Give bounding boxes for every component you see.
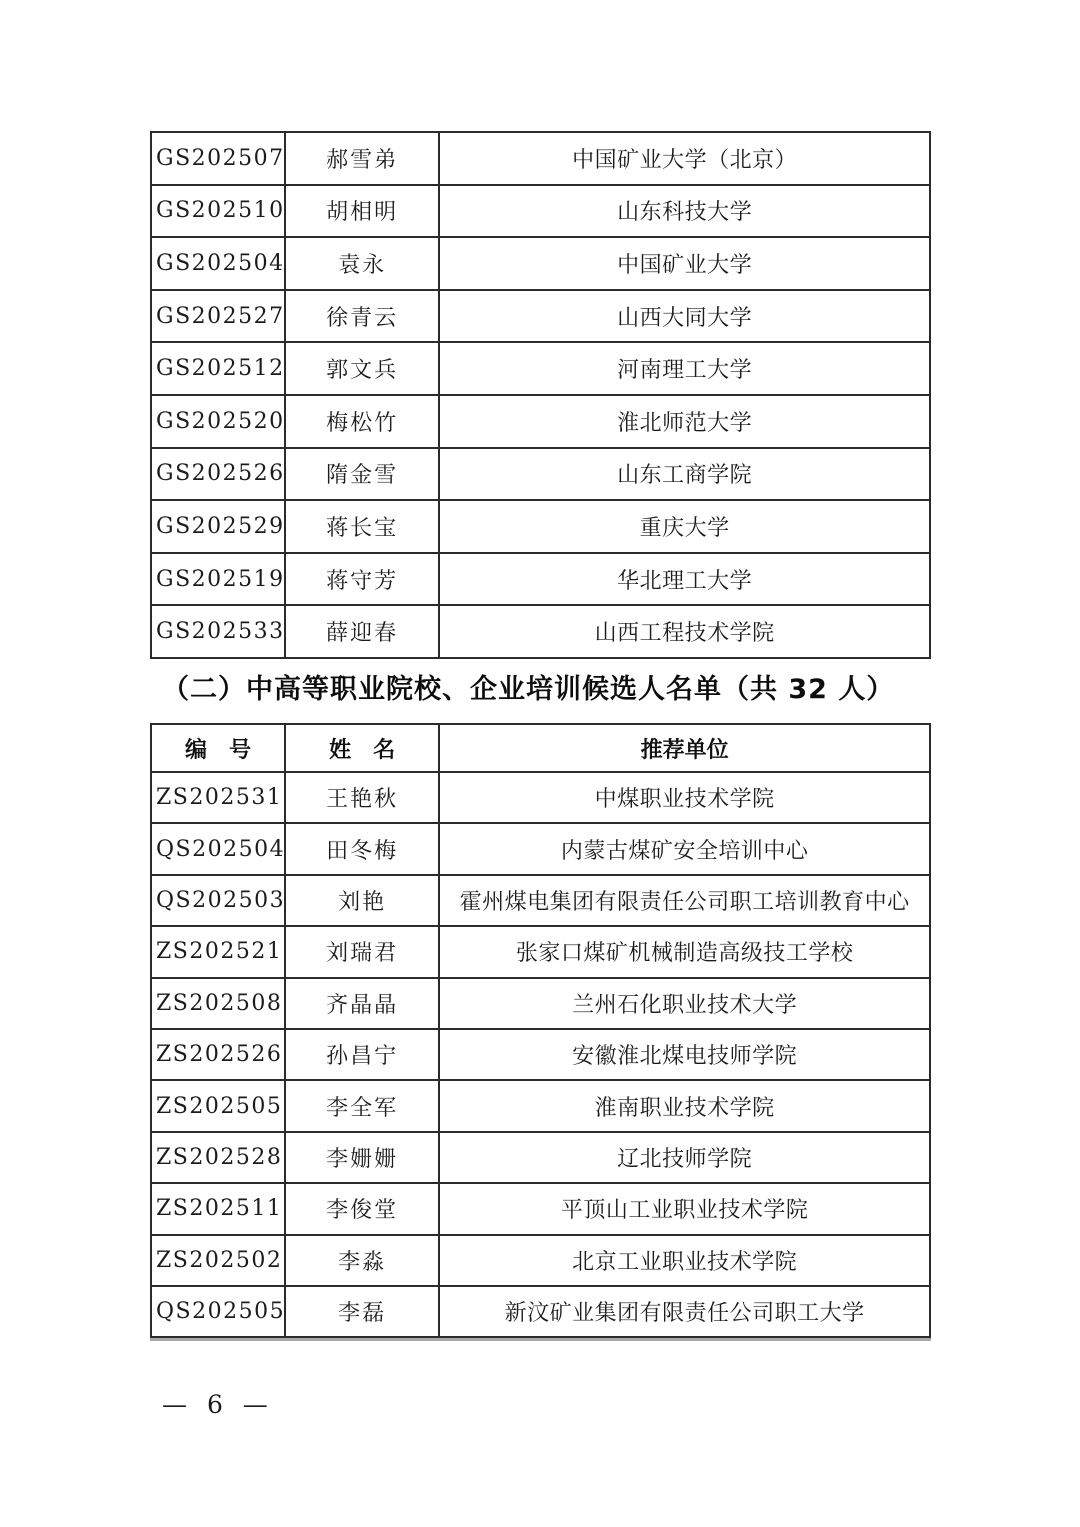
table-row: ZS202531王艳秋中煤职业技术学院 [151, 772, 930, 823]
table-row: GS202533薛迎春山西工程技术学院 [151, 605, 930, 658]
cell-name: 隋金雪 [285, 448, 439, 501]
cell-org: 山东工商学院 [439, 448, 930, 501]
table-row: ZS202508齐晶晶兰州石化职业技术大学 [151, 978, 930, 1029]
cell-name: 袁永 [285, 237, 439, 290]
cell-name: 李磊 [285, 1286, 439, 1337]
header-id: 编 号 [151, 724, 285, 772]
table-row: GS202512郭文兵河南理工大学 [151, 342, 930, 395]
cell-name: 蒋守芳 [285, 553, 439, 606]
cell-org: 张家口煤矿机械制造高级技工学校 [439, 926, 930, 977]
cell-id: ZS202521 [151, 926, 285, 977]
cell-org: 淮北师范大学 [439, 395, 930, 448]
cell-org: 新汶矿业集团有限责任公司职工大学 [439, 1286, 930, 1337]
cell-org: 兰州石化职业技术大学 [439, 978, 930, 1029]
cell-id: GS202519 [151, 553, 285, 606]
table-row: GS202520梅松竹淮北师范大学 [151, 395, 930, 448]
cell-name: 齐晶晶 [285, 978, 439, 1029]
cell-name: 李姗姗 [285, 1132, 439, 1183]
cell-id: ZS202511 [151, 1183, 285, 1234]
table-row: ZS202528李姗姗辽北技师学院 [151, 1132, 930, 1183]
cell-name: 王艳秋 [285, 772, 439, 823]
table-row: ZS202505李全军淮南职业技术学院 [151, 1080, 930, 1131]
cell-id: GS202526 [151, 448, 285, 501]
cell-name: 郝雪弟 [285, 132, 439, 185]
page-number: — 6 — [162, 1390, 274, 1419]
cell-name: 刘瑞君 [285, 926, 439, 977]
cell-id: ZS202502 [151, 1235, 285, 1286]
cell-org: 安徽淮北煤电技师学院 [439, 1029, 930, 1080]
cell-name: 刘艳 [285, 875, 439, 926]
university-candidates-table: GS202507郝雪弟中国矿业大学（北京）GS202510胡相明山东科技大学GS… [150, 131, 931, 659]
cell-id: QS202503 [151, 875, 285, 926]
cell-name: 梅松竹 [285, 395, 439, 448]
cell-id: ZS202508 [151, 978, 285, 1029]
cell-org: 山东科技大学 [439, 185, 930, 238]
header-org: 推荐单位 [439, 724, 930, 772]
cell-id: GS202507 [151, 132, 285, 185]
cell-id: GS202510 [151, 185, 285, 238]
cell-id: ZS202528 [151, 1132, 285, 1183]
section-heading: （二）中高等职业院校、企业培训候选人名单（共 32 人） [162, 670, 942, 710]
cell-org: 内蒙古煤矿安全培训中心 [439, 823, 930, 874]
cell-id: GS202512 [151, 342, 285, 395]
table-row: GS202519蒋守芳华北理工大学 [151, 553, 930, 606]
cell-org: 中煤职业技术学院 [439, 772, 930, 823]
cell-org: 淮南职业技术学院 [439, 1080, 930, 1131]
cell-org: 中国矿业大学（北京） [439, 132, 930, 185]
cell-name: 李淼 [285, 1235, 439, 1286]
cell-org: 山西工程技术学院 [439, 605, 930, 658]
cell-org: 中国矿业大学 [439, 237, 930, 290]
cell-id: GS202529 [151, 500, 285, 553]
cell-id: GS202527 [151, 290, 285, 343]
document-page: GS202507郝雪弟中国矿业大学（北京）GS202510胡相明山东科技大学GS… [0, 0, 1080, 1527]
cell-org: 北京工业职业技术学院 [439, 1235, 930, 1286]
cell-id: QS202505 [151, 1286, 285, 1337]
cell-org: 山西大同大学 [439, 290, 930, 343]
table-row: ZS202502李淼北京工业职业技术学院 [151, 1235, 930, 1286]
cell-org: 霍州煤电集团有限责任公司职工培训教育中心 [439, 875, 930, 926]
cell-name: 薛迎春 [285, 605, 439, 658]
table-row: GS202507郝雪弟中国矿业大学（北京） [151, 132, 930, 185]
cell-id: ZS202526 [151, 1029, 285, 1080]
cell-name: 胡相明 [285, 185, 439, 238]
cell-id: QS202504 [151, 823, 285, 874]
cell-name: 李俊堂 [285, 1183, 439, 1234]
header-name: 姓 名 [285, 724, 439, 772]
table-row: ZS202521刘瑞君张家口煤矿机械制造高级技工学校 [151, 926, 930, 977]
cell-name: 蒋长宝 [285, 500, 439, 553]
table-row: GS202510胡相明山东科技大学 [151, 185, 930, 238]
cell-org: 河南理工大学 [439, 342, 930, 395]
cell-org: 华北理工大学 [439, 553, 930, 606]
table-row: GS202526隋金雪山东工商学院 [151, 448, 930, 501]
cell-id: ZS202531 [151, 772, 285, 823]
cell-name: 徐青云 [285, 290, 439, 343]
cell-org: 平顶山工业职业技术学院 [439, 1183, 930, 1234]
table-row: ZS202526孙昌宁安徽淮北煤电技师学院 [151, 1029, 930, 1080]
cell-name: 李全军 [285, 1080, 439, 1131]
table-header-row: 编 号 姓 名 推荐单位 [151, 724, 930, 772]
cell-id: GS202533 [151, 605, 285, 658]
vocational-candidates-table: 编 号 姓 名 推荐单位 ZS202531王艳秋中煤职业技术学院QS202504… [150, 723, 931, 1338]
table-row: QS202504田冬梅内蒙古煤矿安全培训中心 [151, 823, 930, 874]
table-row: ZS202511李俊堂平顶山工业职业技术学院 [151, 1183, 930, 1234]
cell-name: 孙昌宁 [285, 1029, 439, 1080]
cell-name: 郭文兵 [285, 342, 439, 395]
cell-org: 辽北技师学院 [439, 1132, 930, 1183]
cell-name: 田冬梅 [285, 823, 439, 874]
cell-id: GS202504 [151, 237, 285, 290]
cell-id: ZS202505 [151, 1080, 285, 1131]
cell-org: 重庆大学 [439, 500, 930, 553]
table-row: GS202527徐青云山西大同大学 [151, 290, 930, 343]
cell-id: GS202520 [151, 395, 285, 448]
table-row: GS202504袁永中国矿业大学 [151, 237, 930, 290]
table-row: QS202503刘艳霍州煤电集团有限责任公司职工培训教育中心 [151, 875, 930, 926]
table-row: QS202505李磊新汶矿业集团有限责任公司职工大学 [151, 1286, 930, 1337]
table-row: GS202529蒋长宝重庆大学 [151, 500, 930, 553]
